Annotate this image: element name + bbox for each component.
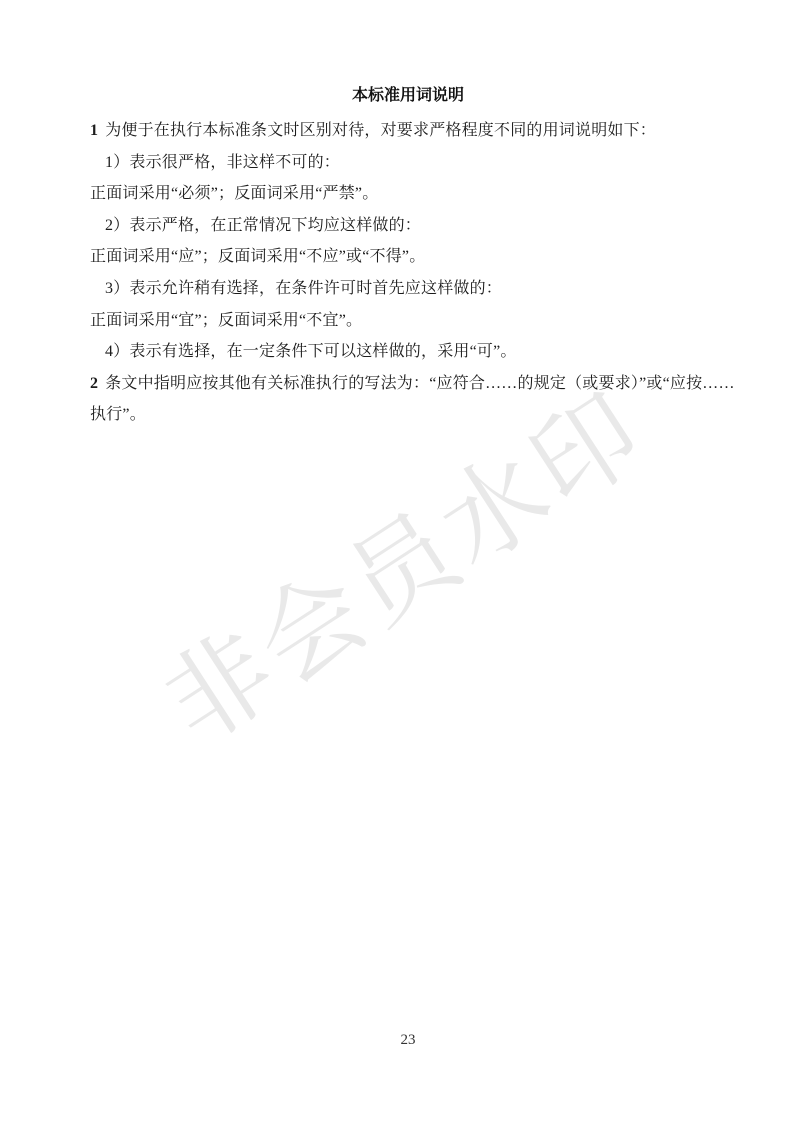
paragraph-text: 正面词采用“宜”；反面词采用“不宜”。 — [90, 312, 362, 329]
page-number: 23 — [90, 1031, 726, 1049]
clause-number: 2 — [90, 375, 98, 392]
paragraph-line: 执行”。 — [90, 399, 726, 431]
page-content: 本标准用词说明 1为便于在执行本标准条文时区别对待，对要求严格程度不同的用词说明… — [90, 86, 726, 431]
paragraph-text: 1）表示很严格，非这样不可的： — [105, 154, 340, 171]
page-title: 本标准用词说明 — [90, 86, 726, 106]
paragraph-line: 3）表示允许稍有选择，在条件许可时首先应这样做的： — [90, 273, 726, 305]
paragraph-line: 2条文中指明应按其他有关标准执行的写法为：“应符合……的规定（或要求）”或“应按… — [90, 368, 726, 400]
paragraph-line: 1为便于在执行本标准条文时区别对待，对要求严格程度不同的用词说明如下： — [90, 115, 726, 147]
paragraph-line: 2）表示严格，在正常情况下均应这样做的： — [90, 210, 726, 242]
paragraph-text: 3）表示允许稍有选择，在条件许可时首先应这样做的： — [105, 280, 502, 297]
paragraph-line: 1）表示很严格，非这样不可的： — [90, 147, 726, 179]
paragraph-line: 正面词采用“必须”；反面词采用“严禁”。 — [90, 178, 726, 210]
paragraph-text: 4）表示有选择，在一定条件下可以这样做的，采用“可”。 — [105, 343, 517, 360]
paragraph-line: 正面词采用“宜”；反面词采用“不宜”。 — [90, 305, 726, 337]
paragraph-text: 正面词采用“应”；反面词采用“不应”或“不得”。 — [90, 248, 425, 265]
paragraph-line: 正面词采用“应”；反面词采用“不应”或“不得”。 — [90, 241, 726, 273]
paragraph-text: 正面词采用“必须”；反面词采用“严禁”。 — [90, 185, 378, 202]
paragraph-text: 2）表示严格，在正常情况下均应这样做的： — [105, 217, 421, 234]
paragraph-text: 执行”。 — [90, 406, 146, 423]
document-page: 非会员水印 本标准用词说明 1为便于在执行本标准条文时区别对待，对要求严格程度不… — [0, 0, 794, 1123]
paragraph-text: 条文中指明应按其他有关标准执行的写法为：“应符合……的规定（或要求）”或“应按…… — [105, 375, 735, 392]
paragraph-line: 4）表示有选择，在一定条件下可以这样做的，采用“可”。 — [90, 336, 726, 368]
paragraph-text: 为便于在执行本标准条文时区别对待，对要求严格程度不同的用词说明如下： — [105, 122, 656, 139]
clause-number: 1 — [90, 122, 98, 139]
